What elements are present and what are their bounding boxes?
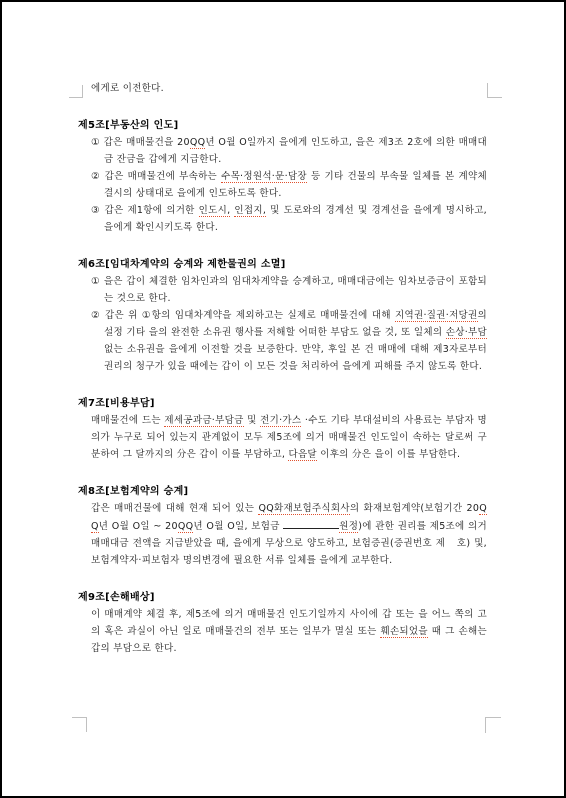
clause-paragraph: 매매물건에 드는 제세공과금·부담금 및 전기·가스 ·수도 기타 부대설비의 … [91, 412, 487, 463]
text-run: 년 O월 O일 ~ 20 [99, 521, 178, 532]
clause-paragraph: ③ 갑은 제1항에 의거한 인도시, 인접지, 및 도로와의 경계선 및 경계선… [78, 202, 487, 236]
clause-number: ② [91, 171, 105, 182]
text-run: 갑은 위 ①항의 임대차계약을 제외하고는 실제로 매매물건에 대해 [105, 310, 395, 321]
clause-number: ① [91, 137, 104, 148]
spellcheck-underlined-text: 수목·정원석·문·담장 [221, 171, 307, 183]
text-run: 갑은 제1항에 의거한 [105, 205, 199, 216]
contract-section: 제6조[임대차계약의 승계와 제한물권의 소멸]① 을은 갑이 체결한 임차인과… [78, 256, 487, 375]
text-run: 및 [244, 415, 261, 426]
clause-paragraph: ② 갑은 매매물건에 부속하는 수목·정원석·문·담장 등 기타 건물의 부속물… [78, 168, 487, 202]
spellcheck-underlined-text: QQ [190, 137, 206, 149]
contract-section: 제8조[보험계약의 승계]갑은 매매건물에 대해 현재 되어 있는 QQ화재보험… [78, 483, 487, 569]
clause-paragraph: ① 을은 갑이 체결한 임차인과의 임대차계약을 승계하고, 매매대금에는 임차… [78, 273, 487, 307]
clause-heading: 제6조[임대차계약의 승계와 제한물권의 소멸] [78, 256, 487, 273]
spellcheck-underlined-text: 전기·가스 [260, 415, 301, 427]
text-run: 없는 소유권을 을에게 이전할 것을 보증한다. 만약, 후일 본 건 매매에 … [104, 344, 487, 372]
spellcheck-underlined-text: 지역권·질권·저당권 [395, 310, 477, 322]
spellcheck-underlined-text: 인도시, [199, 205, 231, 217]
fill-in-blank-line [283, 517, 339, 529]
contract-section: 제7조[비용부담]매매물건에 드는 제세공과금·부담금 및 전기·가스 ·수도 … [78, 395, 487, 463]
carryover-text-section: 에게로 이전한다. [78, 80, 487, 97]
text-run: 갑은 매매물건에 부속하는 [105, 171, 221, 182]
text-run: 이후의 分은 을이 이를 부담한다. [317, 449, 460, 460]
contract-section: 제5조[부동산의 인도]① 갑은 매매물건을 20QQ년 O월 O일까지 을에게… [78, 117, 487, 236]
text-boundary-mark-bottom-left [72, 717, 87, 732]
spellcheck-underlined-text: 손상·부담 [446, 327, 487, 339]
spellcheck-underlined-text: QQ화재보험주식회사 [258, 503, 349, 515]
clause-paragraph: ① 갑은 매매물건을 20QQ년 O월 O일까지 을에게 인도하고, 을은 제3… [78, 134, 487, 168]
clause-heading: 제9조[손해배상] [78, 589, 487, 606]
text-run: 에게로 이전한다. [91, 83, 164, 94]
clause-paragraph: 갑은 매매건물에 대해 현재 되어 있는 QQ화재보험주식회사의 화재보험계약(… [91, 500, 487, 569]
clause-paragraph: ② 갑은 위 ①항의 임대차계약을 제외하고는 실제로 매매물건에 대해 지역권… [78, 307, 487, 375]
clause-paragraph: 에게로 이전한다. [91, 80, 487, 97]
clause-number: ① [91, 276, 104, 287]
clause-heading: 제8조[보험계약의 승계] [78, 483, 487, 500]
text-boundary-mark-bottom-right [485, 717, 501, 733]
document-body: 에게로 이전한다.제5조[부동산의 인도]① 갑은 매매물건을 20QQ년 O월… [78, 80, 487, 657]
document-page: { "page": { "background": "#ffffff", "fr… [0, 0, 566, 798]
spellcheck-underlined-text: QQ [178, 521, 194, 533]
clause-paragraph: 이 매매계약 체결 후, 제5조에 의거 매매물건 인도기일까지 사이에 갑 또… [91, 606, 487, 657]
spellcheck-underlined-text: 제세공과금·부담금 [164, 415, 243, 427]
text-run: 년 O월 O일, 보험금 [193, 521, 283, 532]
text-run: 갑은 매매물건을 20 [104, 137, 190, 148]
spellcheck-underlined-text: 인접지, [234, 205, 266, 217]
clause-number: ③ [91, 205, 105, 216]
spellcheck-underlined-text: 훼손되었을 [380, 626, 427, 638]
text-run: 매매물건에 드는 [91, 415, 164, 426]
spellcheck-underlined-text: 다음달 [288, 449, 316, 461]
clause-heading: 제5조[부동산의 인도] [78, 117, 487, 134]
clause-number: ② [91, 310, 105, 321]
text-run: 의 화재보험계약(보험기간 20 [350, 503, 479, 514]
spellcheck-underlined-text: 원정 [339, 521, 358, 533]
text-boundary-mark-top-right [487, 83, 502, 98]
contract-section: 제9조[손해배상]이 매매계약 체결 후, 제5조에 의거 매매물건 인도기일까… [78, 589, 487, 657]
clause-heading: 제7조[비용부담] [78, 395, 487, 412]
text-run: 을은 갑이 체결한 임차인과의 임대차계약을 승계하고, 매매대금에는 임차보증… [104, 276, 487, 304]
text-run: 갑은 매매건물에 대해 현재 되어 있는 [91, 503, 258, 514]
